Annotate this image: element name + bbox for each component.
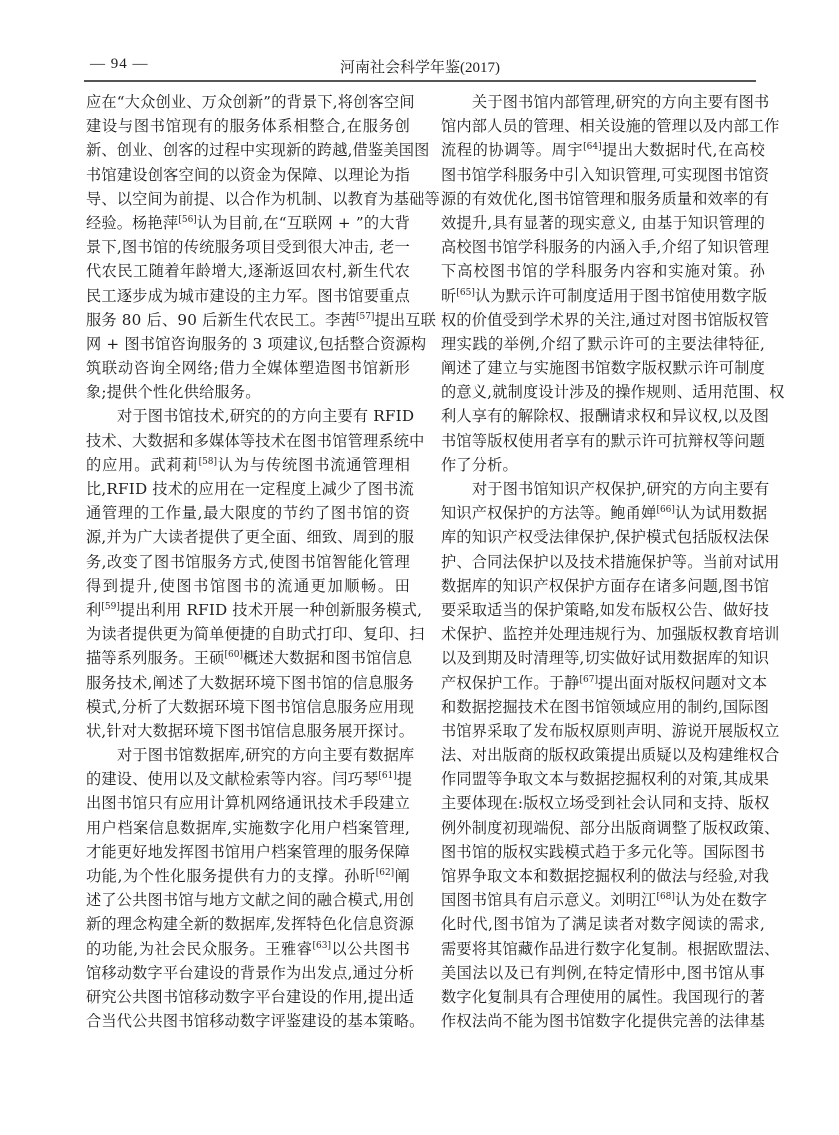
text-line: 作同盟等争取文本与数据挖掘权利的对策,其成果 bbox=[441, 767, 765, 791]
text-segment: 提 bbox=[397, 770, 412, 788]
citation-marker: [68] bbox=[656, 892, 674, 902]
text-segment: 提出互联 bbox=[374, 311, 436, 329]
text-line: 述了公共图书馆与地方文献之间的融合模式,用创 bbox=[86, 888, 410, 912]
citation-marker: [66] bbox=[656, 505, 674, 515]
text-segment: 昕 bbox=[441, 287, 456, 305]
text-segment: 作同盟等争取文本与数据挖掘权利的对策,其成果 bbox=[441, 770, 769, 788]
text-line: 的应用。武莉莉[58]认为与传统图书流通管理相 bbox=[86, 453, 410, 477]
text-segment: 作权法尚不能为图书馆数字化提供完善的法律基 bbox=[441, 1012, 765, 1030]
text-segment: 书馆界采取了发布版权原则声明、游说开展版权立 bbox=[441, 722, 780, 740]
text-segment: 流程的协调等。周宇 bbox=[441, 141, 583, 159]
text-line: 功能,为个性化服务提供有力的支撑。孙昕[62]阐 bbox=[86, 864, 410, 888]
text-line: 产权保护工作。于静[67]提出面对版权问题对文本 bbox=[441, 671, 765, 695]
text-segment: 关于图书馆内部管理,研究的方向主要有图书 bbox=[472, 93, 769, 111]
text-line: 数据库的知识产权保护方面存在诸多问题,图书馆 bbox=[441, 574, 765, 598]
text-segment: 景下,图书馆的传统服务项目受到很大冲击, 老一 bbox=[86, 238, 410, 256]
running-header: — 94 — 河南社会科学年鉴(2017) bbox=[84, 54, 756, 80]
text-segment: 书馆等版权使用者享有的默示许可抗辩权等问题 bbox=[441, 432, 765, 450]
text-line: 关于图书馆内部管理,研究的方向主要有图书 bbox=[441, 90, 765, 114]
text-line: 护、合同法保护以及技术措施保护等。当前对试用 bbox=[441, 550, 765, 574]
text-segment: 描等系列服务。王硕 bbox=[86, 649, 225, 667]
text-line: 图书馆学科服务中引入知识管理,可实现图书馆资 bbox=[441, 163, 765, 187]
text-line: 需要将其馆藏作品进行数字化复制。根据欧盟法、 bbox=[441, 937, 765, 961]
text-line: 图书馆的版权实践模式趋于多元化等。国际图书 bbox=[441, 840, 765, 864]
text-segment: 模式,分析了大数据环境下图书馆信息服务应用现 bbox=[86, 698, 414, 716]
text-line: 例外制度初现端倪、部分出版商调整了版权政策、 bbox=[441, 816, 765, 840]
text-segment: 法、对出版商的版权政策提出质疑以及构建维权合 bbox=[441, 746, 780, 764]
text-line: 对于图书馆知识产权保护,研究的方向主要有 bbox=[441, 477, 765, 501]
text-segment: 技术、大数据和多媒体等技术在图书馆管理系统中 bbox=[86, 432, 425, 450]
citation-marker: [63] bbox=[313, 941, 331, 951]
text-segment: 阐述了建立与实施图书馆数字版权默示许可制度 bbox=[441, 359, 765, 377]
citation-marker: [64] bbox=[583, 142, 601, 152]
text-line: 建设与图书馆现有的服务体系相整合,在服务创 bbox=[86, 114, 410, 138]
text-line: 利人享有的解除权、报酬请求权和异议权,以及图 bbox=[441, 404, 765, 428]
text-segment: 图书馆学科服务中引入知识管理,可实现图书馆资 bbox=[441, 166, 769, 184]
text-line: 技术、大数据和多媒体等技术在图书馆管理系统中 bbox=[86, 429, 410, 453]
text-segment: 化时代,图书馆为了满足读者对数字阅读的需求, bbox=[441, 915, 765, 933]
text-segment: 认为处在数字 bbox=[675, 891, 767, 909]
text-line: 作权法尚不能为图书馆数字化提供完善的法律基 bbox=[441, 1009, 765, 1033]
text-segment: 主要体现在:版权立场受到社会认同和支持、版权 bbox=[441, 794, 769, 812]
text-segment: 美国法以及已有判例,在特定情形中,图书馆从事 bbox=[441, 964, 765, 982]
text-segment: 馆内部人员的管理、相关设施的管理以及内部工作 bbox=[441, 117, 780, 135]
text-segment: 筑联动咨询全网络;借力全媒体塑造图书馆新形 bbox=[86, 359, 410, 377]
text-segment: 网 + 图书馆咨询服务的 3 项建议,包括整合资源构 bbox=[86, 335, 426, 353]
text-line: 的功能,为社会民众服务。王雅睿[63]以公共图书 bbox=[86, 937, 410, 961]
text-segment: 导、以空间为前提、以合作为机制、以教育为基础等 bbox=[86, 190, 440, 208]
text-segment: 的建设、使用以及文献检索等内容。闫巧琴 bbox=[86, 770, 378, 788]
text-segment: 和数据挖掘技术在图书馆领域应用的制约,国际图 bbox=[441, 698, 769, 716]
text-line: 比,RFID 技术的应用在一定程度上减少了图书流 bbox=[86, 477, 410, 501]
text-segment: 功能,为个性化服务提供有力的支撑。孙昕 bbox=[86, 867, 376, 885]
citation-marker: [67] bbox=[580, 675, 598, 685]
text-segment: 比,RFID 技术的应用在一定程度上减少了图书流 bbox=[86, 480, 414, 498]
text-line: 馆内部人员的管理、相关设施的管理以及内部工作 bbox=[441, 114, 765, 138]
text-segment: 产权保护工作。于静 bbox=[441, 674, 580, 692]
text-segment: 以公共图书 bbox=[331, 940, 410, 958]
text-segment: 以及到期及时清理等,切实做好试用数据库的知识 bbox=[441, 649, 769, 667]
text-line: 描等系列服务。王硕[60]概述大数据和图书馆信息 bbox=[86, 646, 410, 670]
left-column: 应在“大众创业、万众创新”的背景下,将创客空间建设与图书馆现有的服务体系相整合,… bbox=[86, 90, 410, 1033]
text-segment: 源,并为广大读者提供了更全面、细致、周到的服 bbox=[86, 528, 414, 546]
text-segment: 对于图书馆数据库,研究的方向主要有数据库 bbox=[117, 746, 414, 764]
text-segment: 认为默示许可制度适用于图书馆使用数字版 bbox=[475, 287, 767, 305]
text-segment: 理实践的举例,介绍了默示许可的主要法律特征, bbox=[441, 335, 765, 353]
text-line: 馆界争取文本和数据挖掘权利的做法与经验,对我 bbox=[441, 864, 765, 888]
text-segment: 民工逐步成为城市建设的主力军。图书馆要重点 bbox=[86, 287, 410, 305]
text-line: 术保护、监控并处理违规行为、加强版权教育培训 bbox=[441, 622, 765, 646]
text-segment: 服务 80 后、90 后新生代农民工。李茜 bbox=[86, 311, 356, 329]
text-segment: 术保护、监控并处理违规行为、加强版权教育培训 bbox=[441, 625, 780, 643]
text-line: 筑联动咨询全网络;借力全媒体塑造图书馆新形 bbox=[86, 356, 410, 380]
text-segment: 知识产权保护的方法等。鲍甬婵 bbox=[441, 504, 656, 522]
text-line: 出图书馆只有应用计算机网络通讯技术手段建立 bbox=[86, 791, 410, 815]
header-rule bbox=[84, 80, 756, 82]
text-line: 源,并为广大读者提供了更全面、细致、周到的服 bbox=[86, 525, 410, 549]
text-segment: 的意义,就制度设计涉及的操作规则、适用范围、权 bbox=[441, 383, 785, 401]
text-segment: 概述大数据和图书馆信息 bbox=[243, 649, 412, 667]
text-segment: 对于图书馆技术,研究的的方向主要有 RFID bbox=[117, 407, 414, 425]
text-line: 利[59]提出利用 RFID 技术开展一种创新服务模式, bbox=[86, 598, 410, 622]
text-line: 服务技术,阐述了大数据环境下图书馆的信息服务 bbox=[86, 671, 410, 695]
text-line: 代农民工随着年龄增大,逐渐返回农村,新生代农 bbox=[86, 259, 410, 283]
text-segment: 述了公共图书馆与地方文献之间的融合模式,用创 bbox=[86, 891, 414, 909]
text-line: 对于图书馆技术,研究的的方向主要有 RFID bbox=[86, 404, 410, 428]
text-line: 状,针对大数据环境下图书馆信息服务展开探讨。 bbox=[86, 719, 410, 743]
text-line: 象;提供个性化供给服务。 bbox=[86, 380, 410, 404]
citation-marker: [62] bbox=[376, 868, 394, 878]
text-segment: 下高校图书馆的学科服务内容和实施对策。孙 bbox=[441, 262, 765, 280]
text-line: 新、创业、创客的过程中实现新的跨越,借鉴美国图 bbox=[86, 138, 410, 162]
text-segment: 象;提供个性化供给服务。 bbox=[86, 383, 261, 401]
text-segment: 合当代公共图书馆移动数字评鉴建设的基本策略。 bbox=[86, 1012, 425, 1030]
text-segment: 通管理的工作量,最大限度的节约了图书馆的资 bbox=[86, 504, 410, 522]
text-segment: 高校图书馆学科服务的内涵入手,介绍了知识管理 bbox=[441, 238, 769, 256]
text-segment: 数据库的知识产权保护方面存在诸多问题,图书馆 bbox=[441, 577, 769, 595]
text-segment: 源的有效优化,图书馆管理和服务质量和效率的有 bbox=[441, 190, 769, 208]
citation-marker: [57] bbox=[356, 312, 374, 322]
text-line: 的建设、使用以及文献检索等内容。闫巧琴[61]提 bbox=[86, 767, 410, 791]
text-line: 务,改变了图书馆服务方式,使图书馆智能化管理 bbox=[86, 550, 410, 574]
text-segment: 认为试用数据 bbox=[675, 504, 767, 522]
text-line: 以及到期及时清理等,切实做好试用数据库的知识 bbox=[441, 646, 765, 670]
text-segment: 权的价值受到学术界的关注,通过对图书馆版权管 bbox=[441, 311, 769, 329]
citation-marker: [58] bbox=[199, 457, 217, 467]
text-segment: 阐 bbox=[394, 867, 410, 885]
text-line: 高校图书馆学科服务的内涵入手,介绍了知识管理 bbox=[441, 235, 765, 259]
text-segment: 才能更好地发挥图书馆用户档案管理的服务保障 bbox=[86, 843, 410, 861]
text-line: 知识产权保护的方法等。鲍甬婵[66]认为试用数据 bbox=[441, 501, 765, 525]
text-line: 理实践的举例,介绍了默示许可的主要法律特征, bbox=[441, 332, 765, 356]
text-segment: 服务技术,阐述了大数据环境下图书馆的信息服务 bbox=[86, 674, 414, 692]
text-line: 阐述了建立与实施图书馆数字版权默示许可制度 bbox=[441, 356, 765, 380]
text-segment: 的应用。武莉莉 bbox=[86, 456, 199, 474]
text-segment: 馆移动数字平台建设的背景作为出发点,通过分析 bbox=[86, 964, 414, 982]
text-segment: 的功能,为社会民众服务。王雅睿 bbox=[86, 940, 313, 958]
text-line: 新的理念构建全新的数据库,发挥特色化信息资源 bbox=[86, 912, 410, 936]
text-line: 得到提升,使图书馆图书的流通更加顺畅。田 bbox=[86, 574, 410, 598]
right-column: 关于图书馆内部管理,研究的方向主要有图书馆内部人员的管理、相关设施的管理以及内部… bbox=[441, 90, 765, 1033]
text-segment: 提出面对版权问题对文本 bbox=[598, 674, 767, 692]
text-segment: 效提升,具有显著的现实意义, 由基于知识管理的 bbox=[441, 214, 765, 232]
text-segment: 作了分析。 bbox=[441, 456, 518, 474]
text-line: 主要体现在:版权立场受到社会认同和支持、版权 bbox=[441, 791, 765, 815]
text-segment: 国图书馆具有启示意义。刘明江 bbox=[441, 891, 656, 909]
text-line: 昕[65]认为默示许可制度适用于图书馆使用数字版 bbox=[441, 284, 765, 308]
text-line: 书馆建设创客空间的以资金为保障、以理论为指 bbox=[86, 163, 410, 187]
text-segment: 新的理念构建全新的数据库,发挥特色化信息资源 bbox=[86, 915, 414, 933]
text-line: 为读者提供更为简单便捷的自助式打印、复印、扫 bbox=[86, 622, 410, 646]
text-segment: 用户档案信息数据库,实施数字化用户档案管理, bbox=[86, 819, 410, 837]
text-line: 法、对出版商的版权政策提出质疑以及构建维权合 bbox=[441, 743, 765, 767]
text-line: 下高校图书馆的学科服务内容和实施对策。孙 bbox=[441, 259, 765, 283]
text-line: 美国法以及已有判例,在特定情形中,图书馆从事 bbox=[441, 961, 765, 985]
text-line: 研究公共图书馆移动数字平台建设的作用,提出适 bbox=[86, 985, 410, 1009]
text-segment: 新、创业、创客的过程中实现新的跨越,借鉴美国图 bbox=[86, 141, 430, 159]
text-segment: 为读者提供更为简单便捷的自助式打印、复印、扫 bbox=[86, 625, 425, 643]
text-line: 数字化复制具有合理使用的属性。我国现行的著 bbox=[441, 985, 765, 1009]
text-line: 景下,图书馆的传统服务项目受到很大冲击, 老一 bbox=[86, 235, 410, 259]
text-line: 网 + 图书馆咨询服务的 3 项建议,包括整合资源构 bbox=[86, 332, 410, 356]
text-line: 的意义,就制度设计涉及的操作规则、适用范围、权 bbox=[441, 380, 765, 404]
text-segment: 要采取适当的保护策略,如发布版权公告、做好技 bbox=[441, 601, 769, 619]
text-segment: 认为目前,在“互联网 + ”的大背 bbox=[197, 214, 410, 232]
text-line: 用户档案信息数据库,实施数字化用户档案管理, bbox=[86, 816, 410, 840]
text-segment: 建设与图书馆现有的服务体系相整合,在服务创 bbox=[86, 117, 410, 135]
text-line: 才能更好地发挥图书馆用户档案管理的服务保障 bbox=[86, 840, 410, 864]
text-line: 效提升,具有显著的现实意义, 由基于知识管理的 bbox=[441, 211, 765, 235]
text-segment: 代农民工随着年龄增大,逐渐返回农村,新生代农 bbox=[86, 262, 410, 280]
citation-marker: [56] bbox=[178, 215, 196, 225]
text-segment: 利人享有的解除权、报酬请求权和异议权,以及图 bbox=[441, 407, 769, 425]
text-segment: 对于图书馆知识产权保护,研究的方向主要有 bbox=[472, 480, 769, 498]
text-segment: 馆界争取文本和数据挖掘权利的做法与经验,对我 bbox=[441, 867, 769, 885]
text-segment: 图书馆的版权实践模式趋于多元化等。国际图书 bbox=[441, 843, 765, 861]
text-line: 库的知识产权受法律保护,保护模式包括版权法保 bbox=[441, 525, 765, 549]
citation-marker: [60] bbox=[225, 650, 243, 660]
text-segment: 护、合同法保护以及技术措施保护等。当前对试用 bbox=[441, 553, 780, 571]
text-line: 合当代公共图书馆移动数字评鉴建设的基本策略。 bbox=[86, 1009, 410, 1033]
text-line: 经验。杨艳萍[56]认为目前,在“互联网 + ”的大背 bbox=[86, 211, 410, 235]
text-segment: 书馆建设创客空间的以资金为保障、以理论为指 bbox=[86, 166, 410, 184]
text-segment: 经验。杨艳萍 bbox=[86, 214, 178, 232]
text-line: 和数据挖掘技术在图书馆领域应用的制约,国际图 bbox=[441, 695, 765, 719]
text-segment: 务,改变了图书馆服务方式,使图书馆智能化管理 bbox=[86, 553, 410, 571]
text-line: 馆移动数字平台建设的背景作为出发点,通过分析 bbox=[86, 961, 410, 985]
text-line: 导、以空间为前提、以合作为机制、以教育为基础等 bbox=[86, 187, 410, 211]
citation-marker: [65] bbox=[456, 288, 474, 298]
text-segment: 得到提升,使图书馆图书的流通更加顺畅。田 bbox=[86, 577, 410, 595]
text-segment: 需要将其馆藏作品进行数字化复制。根据欧盟法、 bbox=[441, 940, 780, 958]
text-segment: 例外制度初现端倪、部分出版商调整了版权政策、 bbox=[441, 819, 780, 837]
citation-marker: [61] bbox=[378, 771, 396, 781]
text-segment: 认为与传统图书流通管理相 bbox=[217, 456, 410, 474]
text-line: 权的价值受到学术界的关注,通过对图书馆版权管 bbox=[441, 308, 765, 332]
text-line: 书馆等版权使用者享有的默示许可抗辩权等问题 bbox=[441, 429, 765, 453]
text-segment: 研究公共图书馆移动数字平台建设的作用,提出适 bbox=[86, 988, 414, 1006]
text-segment: 数字化复制具有合理使用的属性。我国现行的著 bbox=[441, 988, 765, 1006]
text-line: 国图书馆具有启示意义。刘明江[68]认为处在数字 bbox=[441, 888, 765, 912]
text-segment: 利 bbox=[86, 601, 101, 619]
journal-title: 河南社会科学年鉴(2017) bbox=[84, 56, 756, 77]
text-line: 要采取适当的保护策略,如发布版权公告、做好技 bbox=[441, 598, 765, 622]
text-segment: 出图书馆只有应用计算机网络通讯技术手段建立 bbox=[86, 794, 410, 812]
text-line: 通管理的工作量,最大限度的节约了图书馆的资 bbox=[86, 501, 410, 525]
text-line: 民工逐步成为城市建设的主力军。图书馆要重点 bbox=[86, 284, 410, 308]
text-line: 书馆界采取了发布版权原则声明、游说开展版权立 bbox=[441, 719, 765, 743]
text-segment: 提出利用 RFID 技术开展一种创新服务模式, bbox=[120, 601, 422, 619]
text-line: 对于图书馆数据库,研究的方向主要有数据库 bbox=[86, 743, 410, 767]
text-line: 应在“大众创业、万众创新”的背景下,将创客空间 bbox=[86, 90, 410, 114]
text-line: 化时代,图书馆为了满足读者对数字阅读的需求, bbox=[441, 912, 765, 936]
text-line: 模式,分析了大数据环境下图书馆信息服务应用现 bbox=[86, 695, 410, 719]
text-segment: 库的知识产权受法律保护,保护模式包括版权法保 bbox=[441, 528, 769, 546]
text-line: 服务 80 后、90 后新生代农民工。李茜[57]提出互联 bbox=[86, 308, 410, 332]
text-segment: 提出大数据时代,在高校 bbox=[602, 141, 765, 159]
text-segment: 应在“大众创业、万众创新”的背景下,将创客空间 bbox=[86, 93, 415, 111]
text-line: 流程的协调等。周宇[64]提出大数据时代,在高校 bbox=[441, 138, 765, 162]
text-line: 源的有效优化,图书馆管理和服务质量和效率的有 bbox=[441, 187, 765, 211]
citation-marker: [59] bbox=[101, 602, 119, 612]
text-segment: 状,针对大数据环境下图书馆信息服务展开探讨。 bbox=[86, 722, 414, 740]
text-line: 作了分析。 bbox=[441, 453, 765, 477]
